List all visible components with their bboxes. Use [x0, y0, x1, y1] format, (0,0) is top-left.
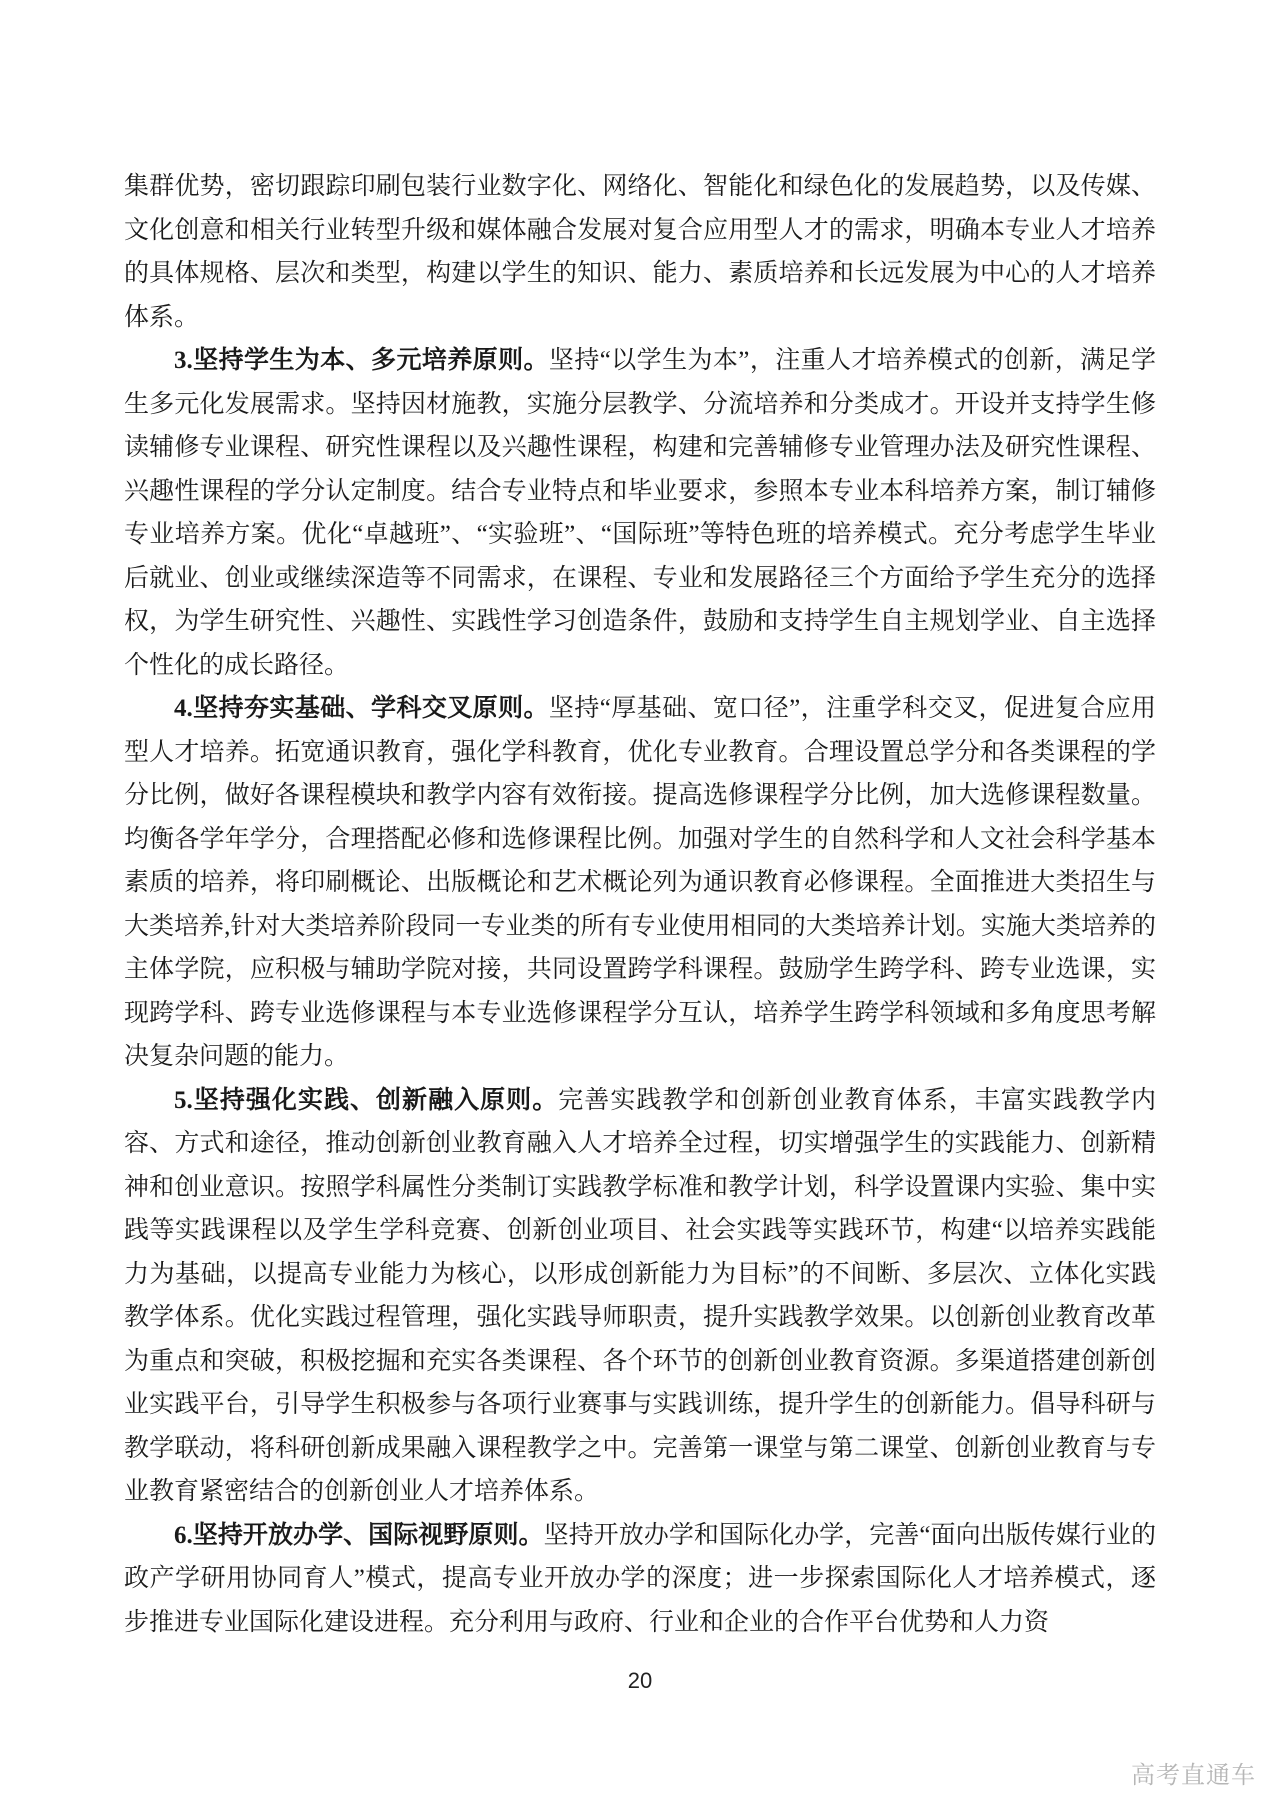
- document-body: 集群优势，密切跟踪印刷包装行业数字化、网络化、智能化和绿色化的发展趋势，以及传媒…: [124, 165, 1156, 1644]
- paragraph-lead: 6.坚持开放办学、国际视野原则。: [174, 1522, 544, 1549]
- paragraph-text: 完善实践教学和创新创业教育体系，丰富实践教学内容、方式和途径，推动创新创业教育融…: [124, 1087, 1156, 1506]
- paragraph-text: 坚持“以学生为本”，注重人才培养模式的创新，满足学生多元化发展需求。坚持因材施教…: [124, 347, 1156, 679]
- paragraph-continuation: 集群优势，密切跟踪印刷包装行业数字化、网络化、智能化和绿色化的发展趋势，以及传媒…: [124, 165, 1156, 339]
- page-number: 20: [0, 1668, 1280, 1694]
- paragraph-principle-4: 4.坚持夯实基础、学科交叉原则。坚持“厚基础、宽口径”，注重学科交叉，促进复合应…: [124, 687, 1156, 1079]
- watermark-text: 高考直通车: [1131, 1755, 1256, 1790]
- document-page: 集群优势，密切跟踪印刷包装行业数字化、网络化、智能化和绿色化的发展趋势，以及传媒…: [0, 0, 1280, 1810]
- paragraph-text: 集群优势，密切跟踪印刷包装行业数字化、网络化、智能化和绿色化的发展趋势，以及传媒…: [124, 173, 1156, 331]
- paragraph-lead: 5.坚持强化实践、创新融入原则。: [174, 1087, 558, 1114]
- paragraph-principle-6: 6.坚持开放办学、国际视野原则。坚持开放办学和国际化办学，完善“面向出版传媒行业…: [124, 1514, 1156, 1645]
- paragraph-lead: 3.坚持学生为本、多元培养原则。: [174, 347, 549, 374]
- paragraph-text: 坚持“厚基础、宽口径”，注重学科交叉，促进复合应用型人才培养。拓宽通识教育，强化…: [124, 695, 1156, 1070]
- paragraph-principle-3: 3.坚持学生为本、多元培养原则。坚持“以学生为本”，注重人才培养模式的创新，满足…: [124, 339, 1156, 687]
- paragraph-lead: 4.坚持夯实基础、学科交叉原则。: [174, 695, 549, 722]
- paragraph-principle-5: 5.坚持强化实践、创新融入原则。完善实践教学和创新创业教育体系，丰富实践教学内容…: [124, 1079, 1156, 1514]
